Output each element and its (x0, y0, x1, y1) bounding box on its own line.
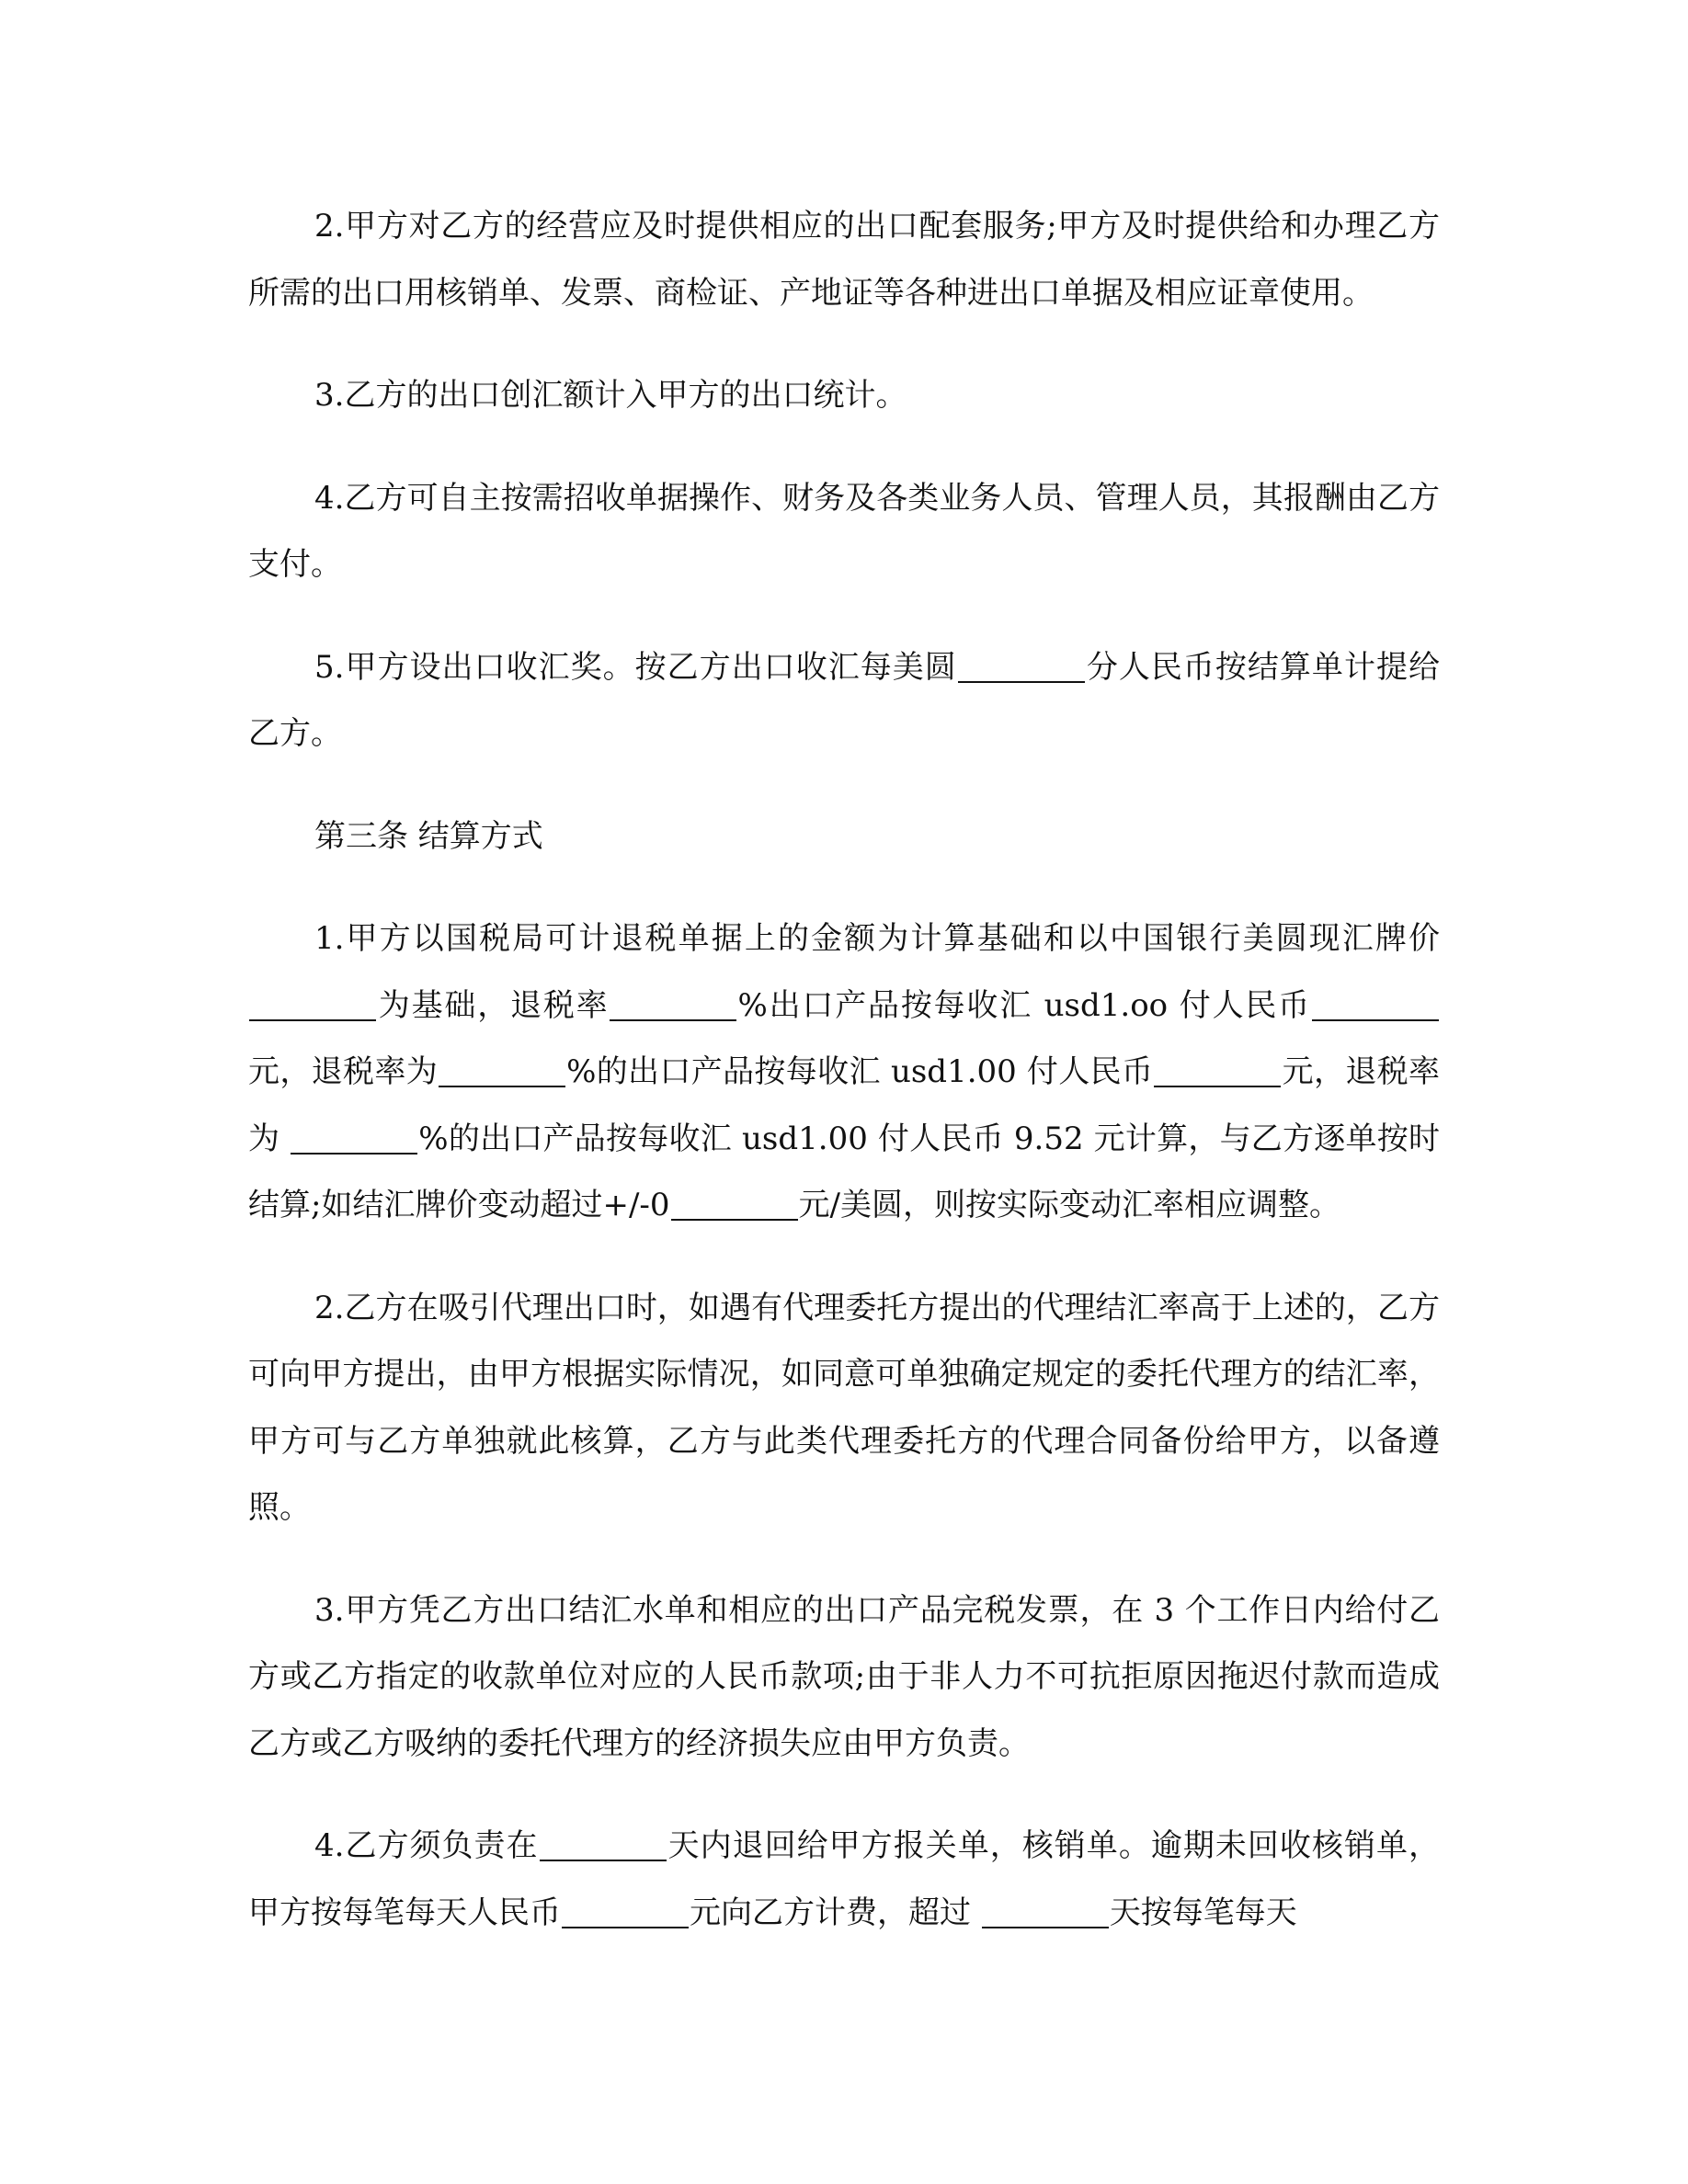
paragraph-text: 为基础，退税率 (377, 987, 609, 1024)
paragraph-2-2: 2.甲方对乙方的经营应及时提供相应的出口配套服务;甲方及时提供给和办理乙方所需的… (248, 193, 1440, 326)
paragraph-3-2: 2.乙方在吸引代理出口时，如遇有代理委托方提出的代理结汇率高于上述的，乙方可向甲… (248, 1275, 1440, 1541)
fill-in-blank[interactable] (439, 1052, 565, 1087)
paragraph-2-4: 4.乙方可自主按需招收单据操作、财务及各类业务人员、管理人员，其报酬由乙方支付。 (248, 465, 1440, 598)
paragraph-3-1: 1.甲方以国税局可计退税单据上的金额为计算基础和以中国银行美圆现汇牌价为基础，退… (248, 905, 1440, 1239)
fill-in-blank[interactable] (249, 984, 376, 1020)
paragraph-3-3: 3.甲方凭乙方出口结汇水单和相应的出口产品完税发票，在 3 个工作日内给付乙方或… (248, 1577, 1440, 1778)
paragraph-text: 4.乙方可自主按需招收单据操作、财务及各类业务人员、管理人员，其报酬由乙方支付。 (248, 480, 1440, 584)
paragraph-text: 5.甲方设出口收汇奖。按乙方出口收汇每美圆 (314, 649, 957, 686)
fill-in-blank[interactable] (671, 1185, 798, 1221)
paragraph-text: 2.甲方对乙方的经营应及时提供相应的出口配套服务;甲方及时提供给和办理乙方所需的… (248, 208, 1440, 312)
paragraph-3-4: 4.乙方须负责在天内退回给甲方报关单，核销单。逾期未回收核销单，甲方按每笔每天人… (248, 1813, 1440, 1946)
paragraph-text: 元向乙方计费，超过 (690, 1894, 981, 1931)
paragraph-text: 3.乙方的出口创汇额计入甲方的出口统计。 (314, 377, 907, 414)
paragraph-2-5: 5.甲方设出口收汇奖。按乙方出口收汇每美圆分人民币按结算单计提给乙方。 (248, 634, 1440, 768)
document-page: 2.甲方对乙方的经营应及时提供相应的出口配套服务;甲方及时提供给和办理乙方所需的… (0, 0, 1688, 2184)
paragraph-text: 4.乙方须负责在 (314, 1827, 539, 1864)
fill-in-blank[interactable] (982, 1892, 1109, 1928)
article-3-heading: 第三条 结算方式 (248, 803, 1440, 870)
heading-text: 第三条 结算方式 (314, 818, 543, 855)
fill-in-blank[interactable] (1312, 984, 1439, 1020)
fill-in-blank[interactable] (958, 646, 1085, 682)
fill-in-blank[interactable] (1154, 1052, 1281, 1087)
paragraph-2-3: 3.乙方的出口创汇额计入甲方的出口统计。 (248, 362, 1440, 429)
paragraph-text: 元/美圆，则按实际变动汇率相应调整。 (799, 1187, 1340, 1223)
paragraph-text: %出口产品按每收汇 usd1.oo 付人民币 (737, 987, 1311, 1024)
fill-in-blank[interactable] (562, 1892, 689, 1928)
paragraph-text: 3.甲方凭乙方出口结汇水单和相应的出口产品完税发票，在 3 个工作日内给付乙方或… (248, 1592, 1440, 1762)
document-body: 2.甲方对乙方的经营应及时提供相应的出口配套服务;甲方及时提供给和办理乙方所需的… (248, 193, 1440, 1946)
paragraph-text: 2.乙方在吸引代理出口时，如遇有代理委托方提出的代理结汇率高于上述的，乙方可向甲… (248, 1290, 1440, 1527)
paragraph-text: %的出口产品按每收汇 usd1.00 付人民币 (566, 1053, 1153, 1090)
paragraph-text: 天按每笔每天 (1110, 1894, 1297, 1931)
fill-in-blank[interactable] (610, 984, 736, 1020)
paragraph-text: 1.甲方以国税局可计退税单据上的金额为计算基础和以中国银行美圆现汇牌价 (314, 920, 1440, 957)
fill-in-blank[interactable] (291, 1118, 417, 1154)
fill-in-blank[interactable] (540, 1826, 667, 1861)
paragraph-text: 元，退税率为 (248, 1053, 438, 1090)
